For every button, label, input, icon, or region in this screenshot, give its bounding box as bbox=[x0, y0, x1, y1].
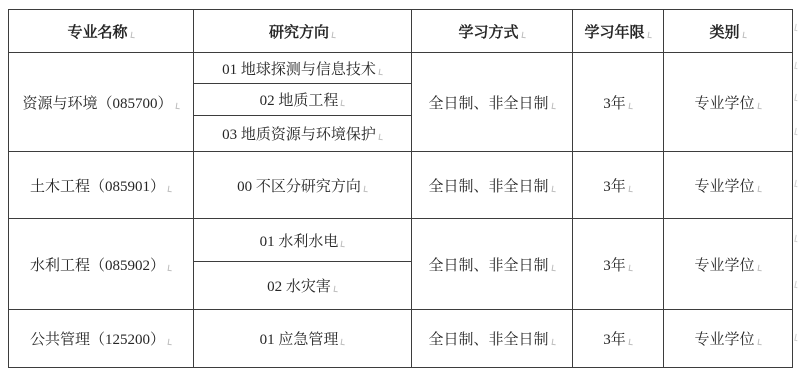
paragraph-mark-icon bbox=[794, 180, 798, 187]
header-label: 学习方式 bbox=[458, 25, 518, 41]
end-of-cell-mark bbox=[378, 68, 383, 74]
end-of-cell-mark bbox=[341, 100, 346, 106]
table-row: 土木工程（085901） 00 不区分研究方向 全日制、非全日制 3年 专业学位 bbox=[9, 152, 793, 219]
end-of-cell-mark bbox=[521, 31, 526, 37]
cell-study-years: 3年 bbox=[573, 152, 664, 219]
cell-direction: 00 不区分研究方向 bbox=[194, 152, 412, 219]
cell-direction: 01 应急管理 bbox=[194, 310, 412, 368]
header-label: 专业名称 bbox=[67, 25, 127, 41]
cell-direction: 03 地质资源与环境保护 bbox=[194, 116, 412, 152]
paragraph-mark-icon bbox=[794, 94, 798, 101]
header-category: 类别 bbox=[664, 10, 793, 53]
cell-study-years: 3年 bbox=[573, 310, 664, 368]
paragraph-mark-icon bbox=[794, 281, 798, 288]
table-row: 资源与环境（085700） 01 地球探测与信息技术 全日制、非全日制 3年 专… bbox=[9, 53, 793, 84]
cell-program-name: 公共管理（125200） bbox=[9, 310, 194, 368]
end-of-cell-mark bbox=[168, 185, 173, 191]
end-of-cell-mark bbox=[742, 31, 747, 37]
cell-study-years: 3年 bbox=[573, 219, 664, 310]
cell-category: 专业学位 bbox=[664, 53, 793, 152]
end-of-cell-mark bbox=[628, 339, 633, 345]
cell-category: 专业学位 bbox=[664, 219, 793, 310]
table-row: 公共管理（125200） 01 应急管理 全日制、非全日制 3年 专业学位 bbox=[9, 310, 793, 368]
end-of-cell-mark bbox=[757, 102, 762, 108]
header-label: 研究方向 bbox=[269, 25, 329, 41]
end-of-cell-mark bbox=[757, 339, 762, 345]
end-of-cell-mark bbox=[551, 264, 556, 270]
cell-study-mode: 全日制、非全日制 bbox=[412, 152, 573, 219]
cell-study-years: 3年 bbox=[573, 53, 664, 152]
end-of-cell-mark bbox=[341, 339, 346, 345]
end-of-cell-mark bbox=[628, 102, 633, 108]
cell-program-name: 水利工程（085902） bbox=[9, 219, 194, 310]
header-study-mode: 学习方式 bbox=[412, 10, 573, 53]
end-of-cell-mark bbox=[757, 264, 762, 270]
cell-category: 专业学位 bbox=[664, 310, 793, 368]
end-of-cell-mark bbox=[551, 102, 556, 108]
end-of-cell-mark bbox=[168, 264, 173, 270]
table-header-row: 专业名称 研究方向 学习方式 学习年限 类别 bbox=[9, 10, 793, 53]
end-of-cell-mark bbox=[551, 339, 556, 345]
end-of-cell-mark bbox=[378, 134, 383, 140]
end-of-cell-mark bbox=[130, 31, 135, 37]
paragraph-mark-icon bbox=[794, 24, 798, 31]
end-of-cell-mark bbox=[168, 339, 173, 345]
cell-study-mode: 全日制、非全日制 bbox=[412, 53, 573, 152]
end-of-cell-mark bbox=[363, 185, 368, 191]
cell-study-mode: 全日制、非全日制 bbox=[412, 219, 573, 310]
cell-direction: 01 地球探测与信息技术 bbox=[194, 53, 412, 84]
end-of-cell-mark bbox=[333, 286, 338, 292]
table-row: 水利工程（085902） 01 水利水电 全日制、非全日制 3年 专业学位 bbox=[9, 219, 793, 262]
end-of-cell-mark bbox=[628, 185, 633, 191]
end-of-cell-mark bbox=[551, 185, 556, 191]
cell-program-name: 资源与环境（085700） bbox=[9, 53, 194, 152]
end-of-cell-mark bbox=[757, 185, 762, 191]
cell-direction: 02 地质工程 bbox=[194, 84, 412, 116]
paragraph-mark-icon bbox=[794, 128, 798, 135]
cell-direction: 02 水灾害 bbox=[194, 262, 412, 310]
header-label: 类别 bbox=[709, 25, 739, 41]
header-label: 学习年限 bbox=[584, 25, 644, 41]
end-of-cell-mark bbox=[647, 31, 652, 37]
cell-direction: 01 水利水电 bbox=[194, 219, 412, 262]
end-of-cell-mark bbox=[341, 240, 346, 246]
header-research-direction: 研究方向 bbox=[194, 10, 412, 53]
paragraph-mark-icon bbox=[794, 235, 798, 242]
end-of-cell-mark bbox=[332, 31, 337, 37]
cell-category: 专业学位 bbox=[664, 152, 793, 219]
paragraph-mark-icon bbox=[794, 334, 798, 341]
header-major-name: 专业名称 bbox=[9, 10, 194, 53]
end-of-cell-mark bbox=[175, 102, 180, 108]
end-of-cell-mark bbox=[628, 264, 633, 270]
cell-program-name: 土木工程（085901） bbox=[9, 152, 194, 219]
cell-study-mode: 全日制、非全日制 bbox=[412, 310, 573, 368]
document-page: { "table": { "headers": ["专业名称", "研究方向",… bbox=[0, 0, 800, 376]
admissions-table: 专业名称 研究方向 学习方式 学习年限 类别 资源与环境（085700） 01 … bbox=[8, 9, 793, 368]
paragraph-mark-icon bbox=[794, 62, 798, 69]
header-study-years: 学习年限 bbox=[573, 10, 664, 53]
